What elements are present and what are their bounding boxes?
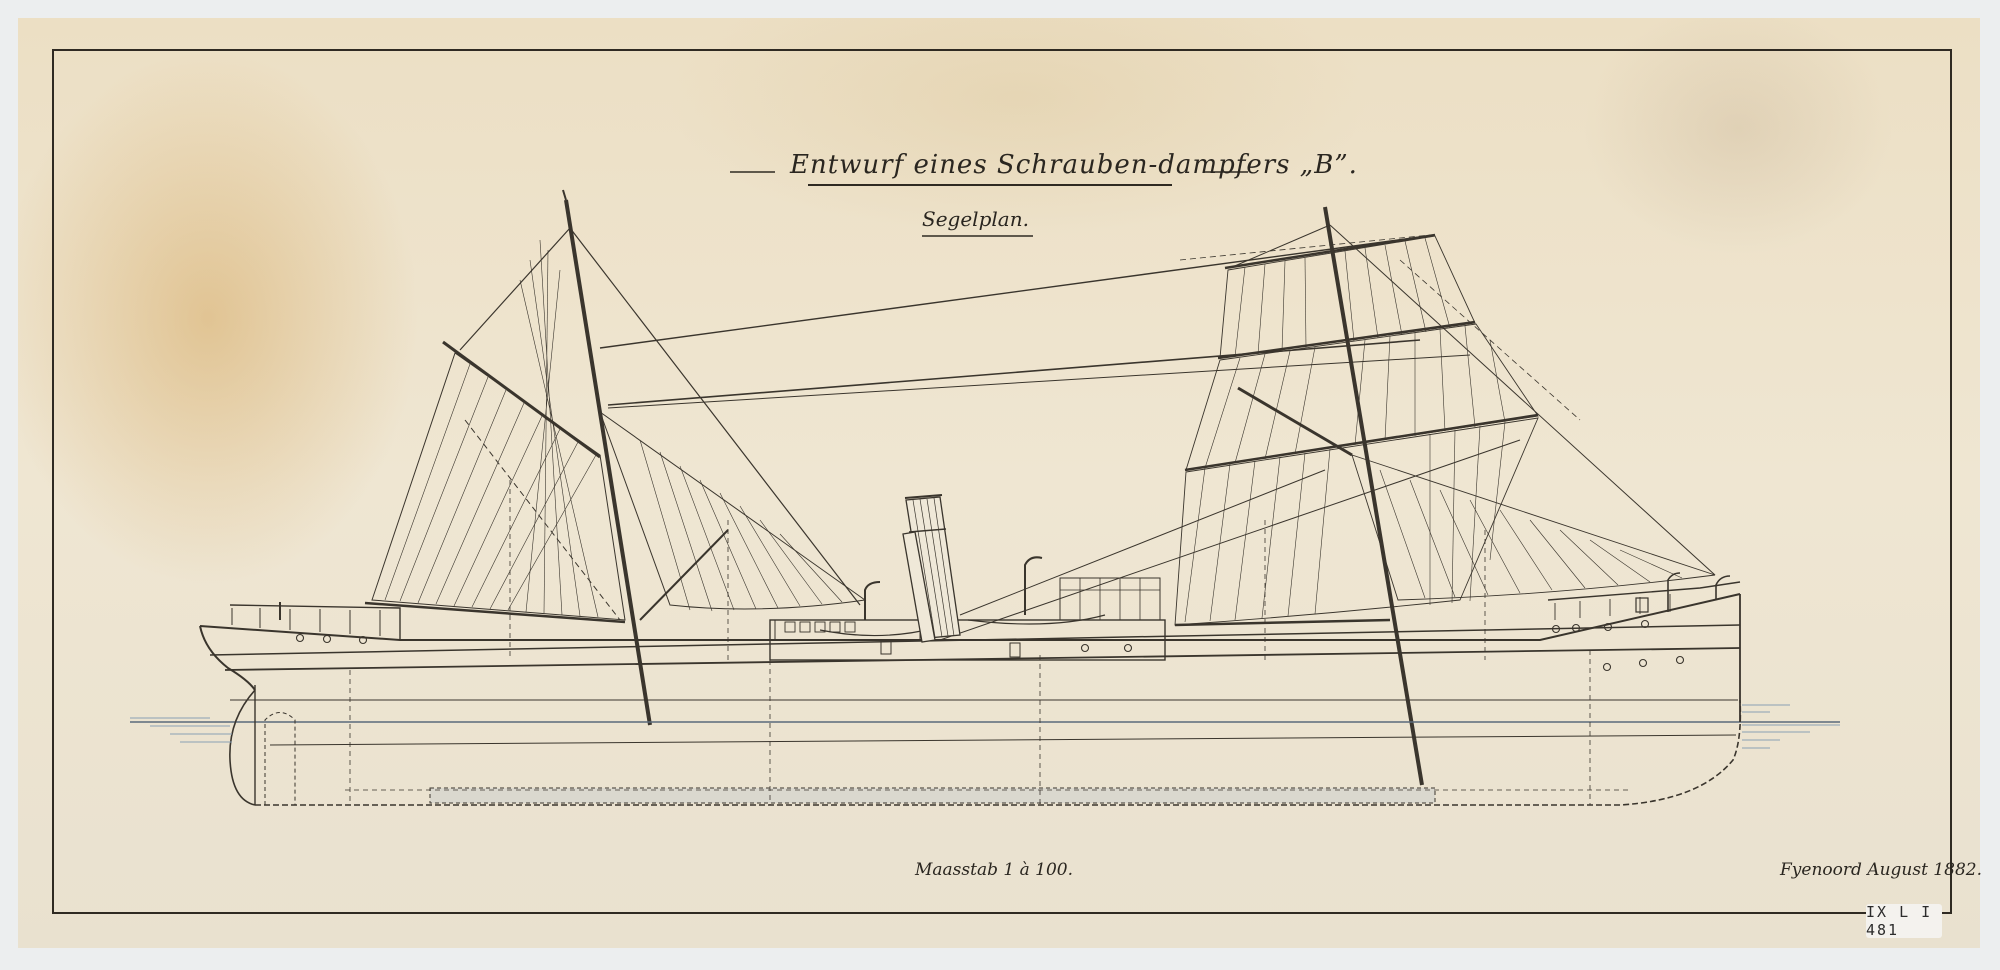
drawing-subtitle: Segelplan. bbox=[922, 207, 1029, 231]
archive-label: IX L I 481 bbox=[1866, 904, 1942, 938]
water-hatch bbox=[130, 705, 1840, 748]
place-date: Fyenoord August 1882. bbox=[1780, 860, 1982, 880]
hull bbox=[130, 557, 1840, 805]
ship-sail-plan-drawing bbox=[0, 0, 2000, 970]
scale-note: Maasstab 1 à 100. bbox=[915, 860, 1073, 880]
drawing-title: Entwurf eines Schrauben-dampfers „B”. bbox=[790, 150, 1358, 180]
